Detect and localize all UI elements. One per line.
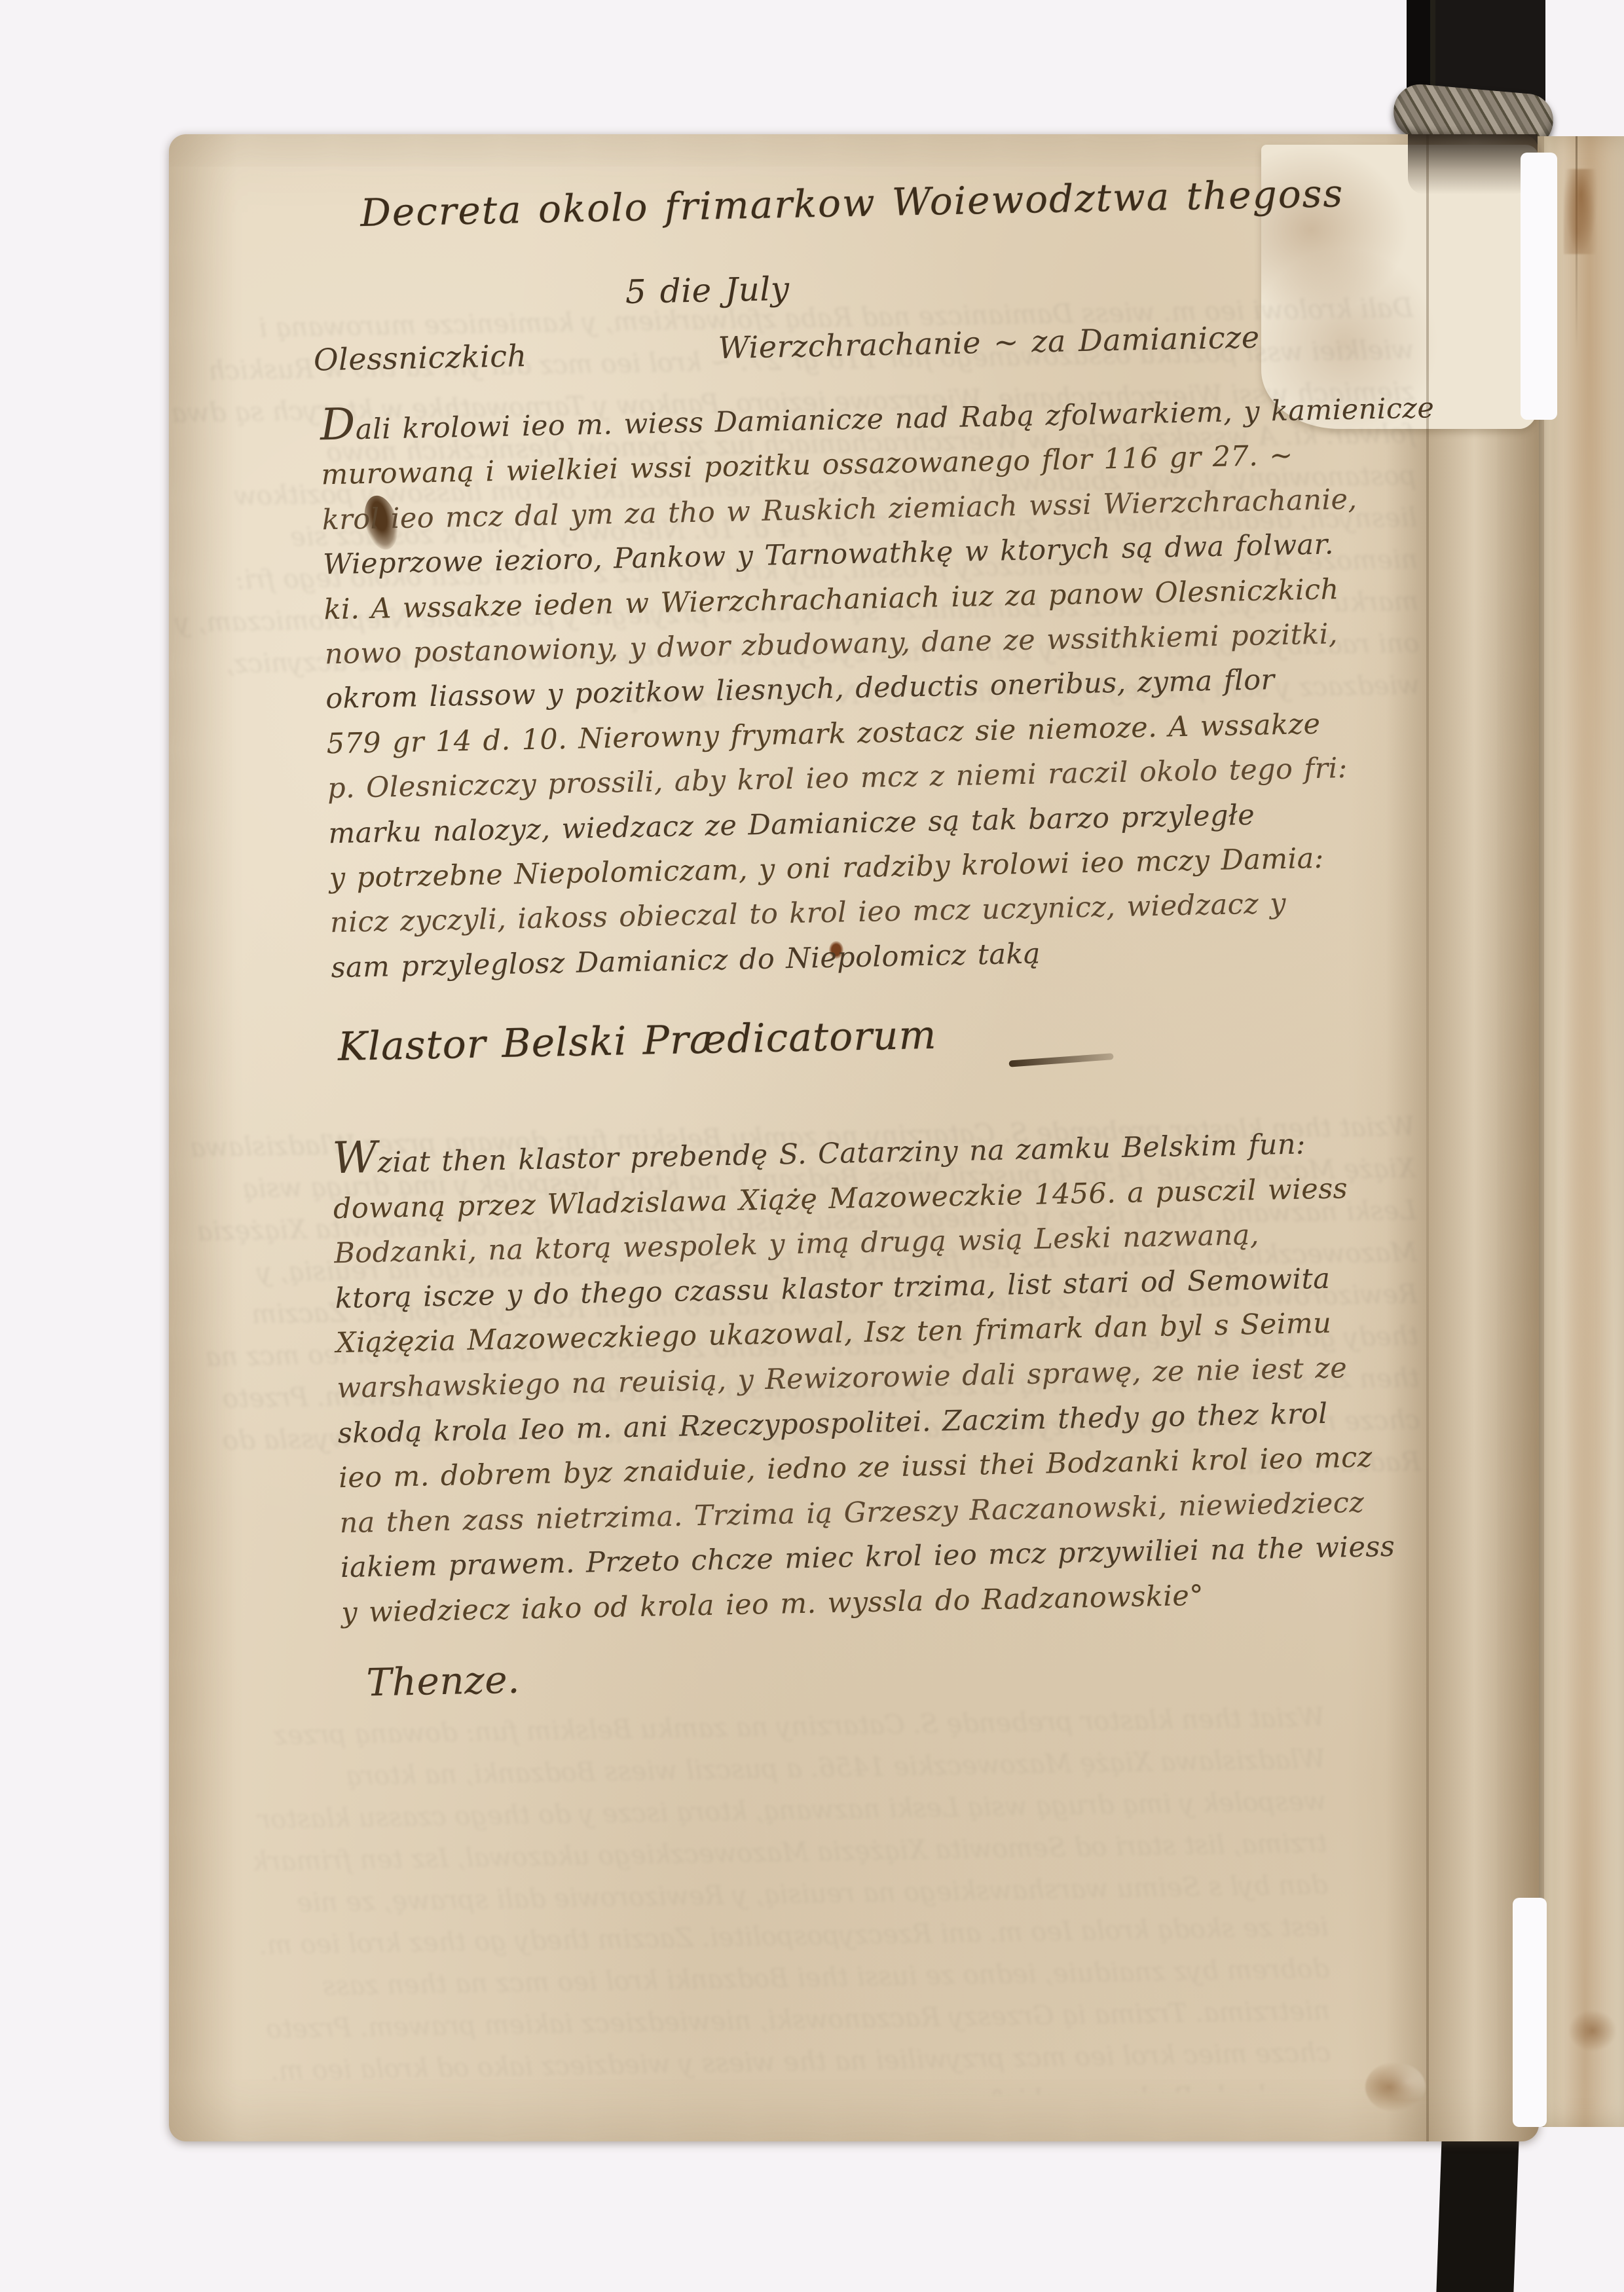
subheading-right: Wierzchrachanie ~ za Damianicze bbox=[718, 320, 1260, 366]
adjacent-page-stain-top bbox=[1564, 169, 1598, 254]
heading-flourish bbox=[1008, 1053, 1113, 1067]
subheading-left: Olessniczkich bbox=[313, 338, 527, 378]
page-title: Decreta okolo frimarkow Woiewodztwa theg… bbox=[360, 171, 1344, 235]
scan-canvas: { "document": { "title": "Decreta okolo … bbox=[0, 0, 1624, 2292]
background-gap-bottom bbox=[1513, 1898, 1547, 2127]
manuscript-line: sam przyleglosz Damianicz do Niepolomicz… bbox=[331, 934, 1041, 988]
background-gap-top bbox=[1521, 153, 1557, 420]
paragraph-damianicze: Dali krolowi ieo m. wiess Damianicze nad… bbox=[320, 389, 1418, 1003]
handwriting-layer: Decreta okolo frimarkow Woiewodztwa theg… bbox=[164, 109, 1574, 2143]
adjacent-page-stain-bottom bbox=[1569, 2010, 1616, 2051]
dateline: 5 die July bbox=[625, 270, 790, 311]
manuscript-page: Dali krolowi ieo m. wiess Damianicze nad… bbox=[169, 134, 1539, 2141]
binding-strip-bottom bbox=[1436, 2120, 1519, 2292]
closing-word: Thenze. bbox=[366, 1657, 521, 1705]
section-heading-klastor-belski: Klastor Belski Prædicatorum bbox=[337, 1012, 937, 1070]
binding-gutter-shadow bbox=[1408, 134, 1538, 194]
paragraph-klastor-belski: Wziat then klastor prebendę S. Catarziny… bbox=[332, 1122, 1429, 1652]
